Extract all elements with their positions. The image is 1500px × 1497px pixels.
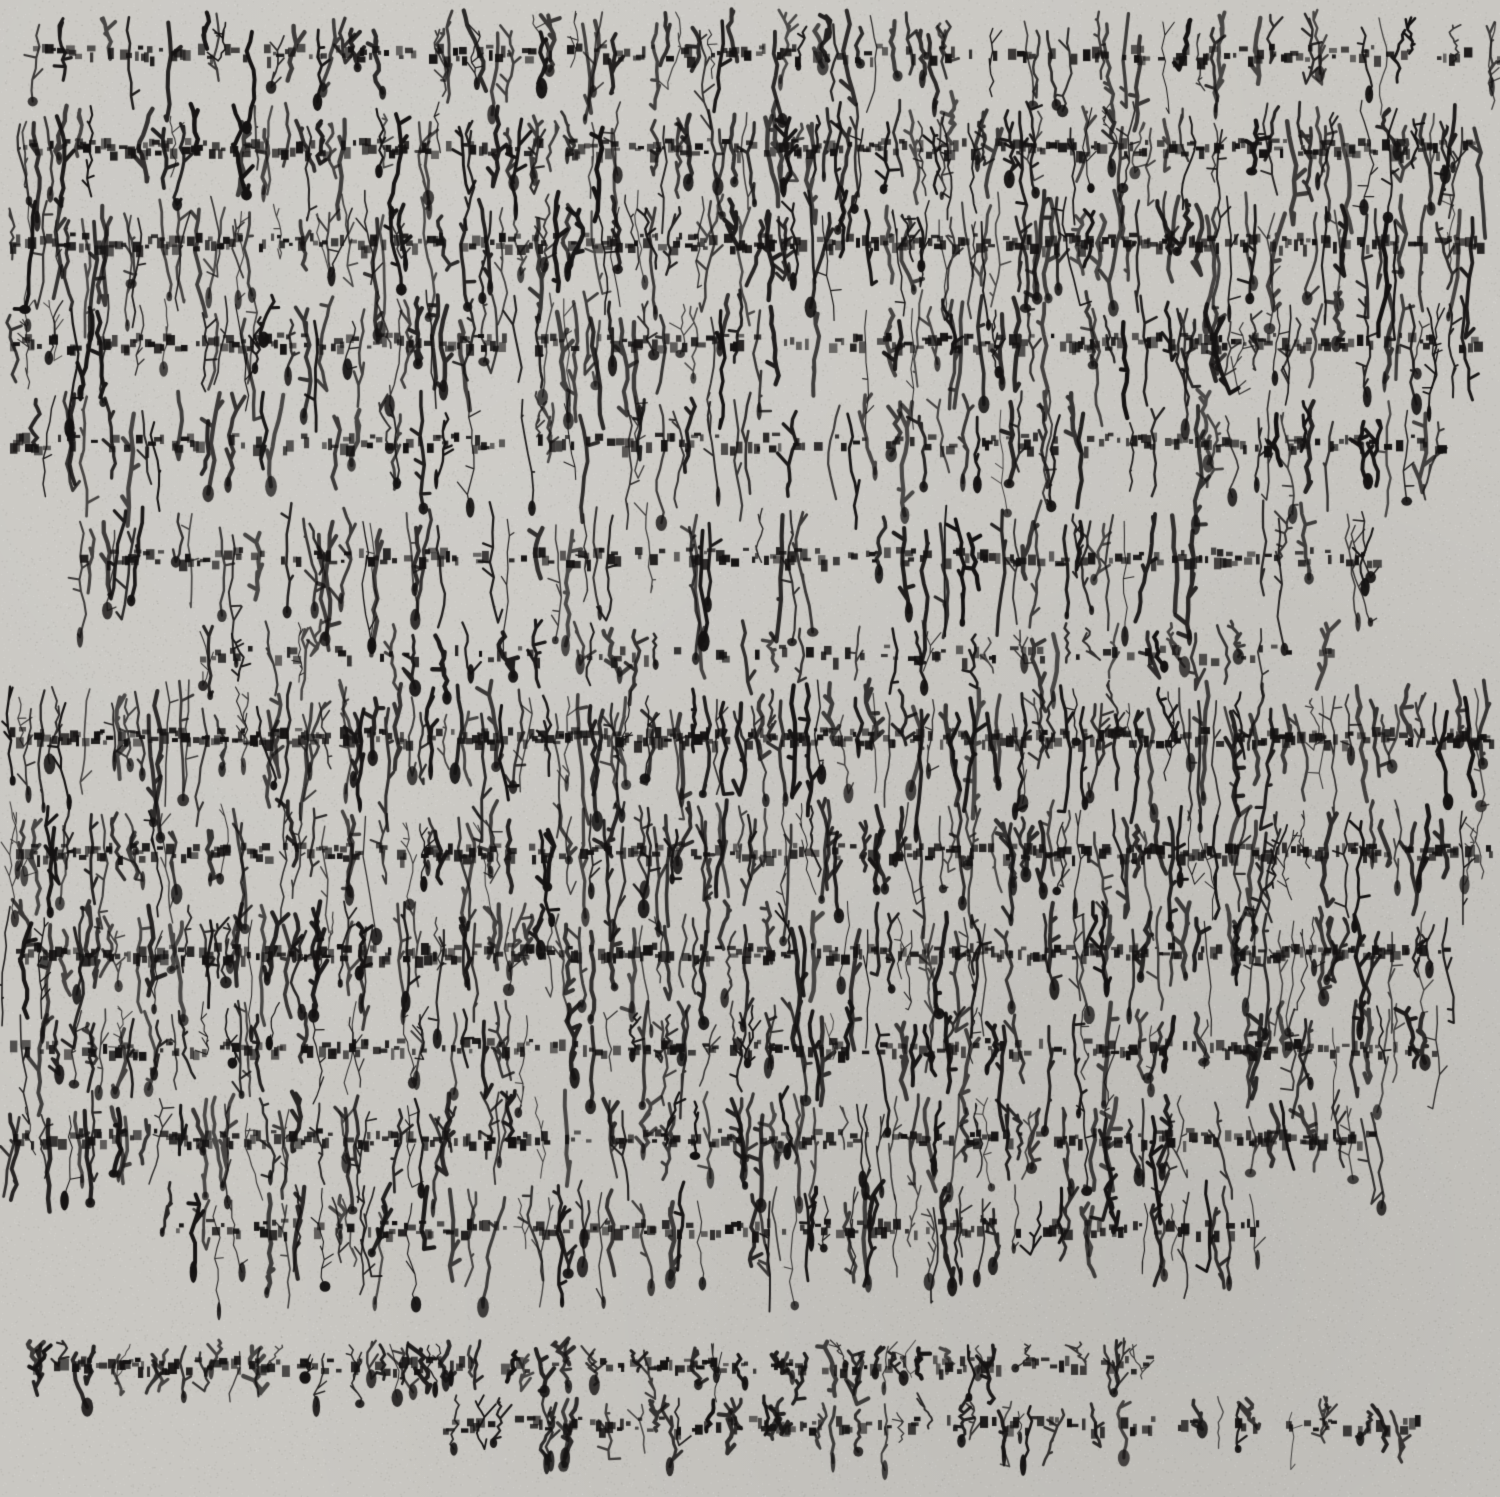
abstract-print-artwork	[0, 0, 1500, 1497]
ink-marks-canvas	[0, 0, 1500, 1497]
